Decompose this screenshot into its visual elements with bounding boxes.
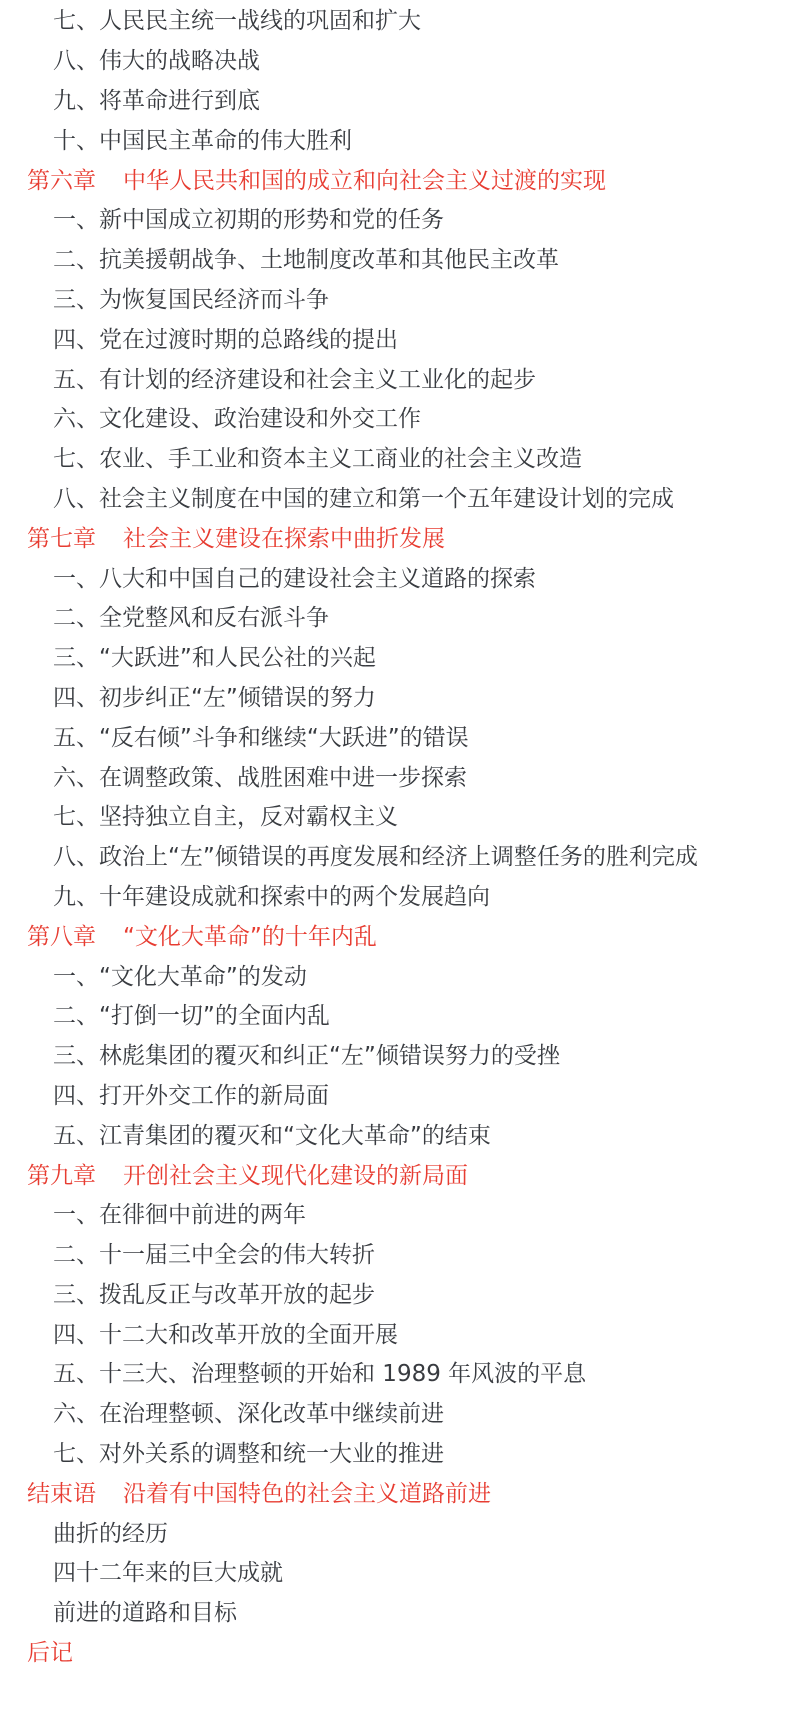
toc-entry: 三、拨乱反正与改革开放的起步 — [0, 1276, 790, 1316]
chapter-title: “文化大革命”的十年内乱 — [123, 926, 377, 949]
toc-entry: 四、初步纠正“左”倾错误的努力 — [0, 679, 790, 719]
toc-entry: 五、有计划的经济建设和社会主义工业化的起步 — [0, 360, 790, 400]
book-page: 七、人民民主统一战线的巩固和扩大八、伟大的战略决战九、将革命进行到底十、中国民主… — [0, 0, 790, 1732]
toc-entry: 三、林彪集团的覆灭和纠正“左”倾错误努力的受挫 — [0, 1037, 790, 1077]
toc-entry: 一、八大和中国自己的建设社会主义道路的探索 — [0, 559, 790, 599]
toc-entry: 六、在调整政策、战胜困难中进一步探索 — [0, 758, 790, 798]
toc-entry: 四十二年来的巨大成就 — [0, 1554, 790, 1594]
toc-entry: 一、新中国成立初期的形势和党的任务 — [0, 201, 790, 241]
chapter-title: 中华人民共和国的成立和向社会主义过渡的实现 — [123, 170, 606, 193]
toc-entry: 五、“反右倾”斗争和继续“大跃进”的错误 — [0, 718, 790, 758]
toc-entry: 九、十年建设成就和探索中的两个发展趋向 — [0, 878, 790, 918]
toc-entry: 二、抗美援朝战争、土地制度改革和其他民主改革 — [0, 241, 790, 281]
toc-entry: 九、将革命进行到底 — [0, 82, 790, 122]
toc-entry: 一、在徘徊中前进的两年 — [0, 1196, 790, 1236]
toc-entry: 四、打开外交工作的新局面 — [0, 1077, 790, 1117]
toc-entry: 八、伟大的战略决战 — [0, 42, 790, 82]
toc-entry: 七、人民民主统一战线的巩固和扩大 — [0, 2, 790, 42]
toc-entry: 二、全党整风和反右派斗争 — [0, 599, 790, 639]
toc-entry: 七、坚持独立自主，反对霸权主义 — [0, 798, 790, 838]
toc-entry: 五、十三大、治理整顿的开始和 1989 年风波的平息 — [0, 1355, 790, 1395]
toc-entry: 前进的道路和目标 — [0, 1594, 790, 1634]
toc-entry: 曲折的经历 — [0, 1514, 790, 1554]
chapter-label: 第八章 — [27, 926, 96, 949]
chapter-label: 第九章 — [27, 1165, 96, 1188]
toc-chapter-heading: 后记 — [0, 1634, 790, 1674]
toc-entry: 七、对外关系的调整和统一大业的推进 — [0, 1435, 790, 1475]
toc-chapter-heading: 第八章“文化大革命”的十年内乱 — [0, 917, 790, 957]
table-of-contents: 七、人民民主统一战线的巩固和扩大八、伟大的战略决战九、将革命进行到底十、中国民主… — [0, 0, 790, 1673]
chapter-label: 第七章 — [27, 528, 96, 551]
toc-entry: 六、在治理整顿、深化改革中继续前进 — [0, 1395, 790, 1435]
toc-entry: 五、江青集团的覆灭和“文化大革命”的结束 — [0, 1116, 790, 1156]
toc-entry: 三、为恢复国民经济而斗争 — [0, 281, 790, 321]
toc-entry: 七、农业、手工业和资本主义工商业的社会主义改造 — [0, 440, 790, 480]
chapter-title: 开创社会主义现代化建设的新局面 — [123, 1165, 468, 1188]
toc-entry: 三、“大跃进”和人民公社的兴起 — [0, 639, 790, 679]
toc-chapter-heading: 结束语沿着有中国特色的社会主义道路前进 — [0, 1474, 790, 1514]
toc-entry: 二、“打倒一切”的全面内乱 — [0, 997, 790, 1037]
toc-entry: 六、文化建设、政治建设和外交工作 — [0, 400, 790, 440]
toc-entry: 十、中国民主革命的伟大胜利 — [0, 121, 790, 161]
chapter-label: 后记 — [27, 1642, 73, 1665]
toc-chapter-heading: 第九章开创社会主义现代化建设的新局面 — [0, 1156, 790, 1196]
toc-entry: 四、十二大和改革开放的全面开展 — [0, 1315, 790, 1355]
chapter-title: 社会主义建设在探索中曲折发展 — [123, 528, 445, 551]
chapter-label: 结束语 — [27, 1483, 96, 1506]
toc-entry: 二、十一届三中全会的伟大转折 — [0, 1236, 790, 1276]
toc-entry: 八、社会主义制度在中国的建立和第一个五年建设计划的完成 — [0, 480, 790, 520]
toc-chapter-heading: 第六章中华人民共和国的成立和向社会主义过渡的实现 — [0, 161, 790, 201]
toc-entry: 一、“文化大革命”的发动 — [0, 957, 790, 997]
toc-entry: 四、党在过渡时期的总路线的提出 — [0, 320, 790, 360]
toc-chapter-heading: 第七章社会主义建设在探索中曲折发展 — [0, 519, 790, 559]
chapter-title: 沿着有中国特色的社会主义道路前进 — [123, 1483, 491, 1506]
chapter-label: 第六章 — [27, 170, 96, 193]
toc-entry: 八、政治上“左”倾错误的再度发展和经济上调整任务的胜利完成 — [0, 838, 790, 878]
